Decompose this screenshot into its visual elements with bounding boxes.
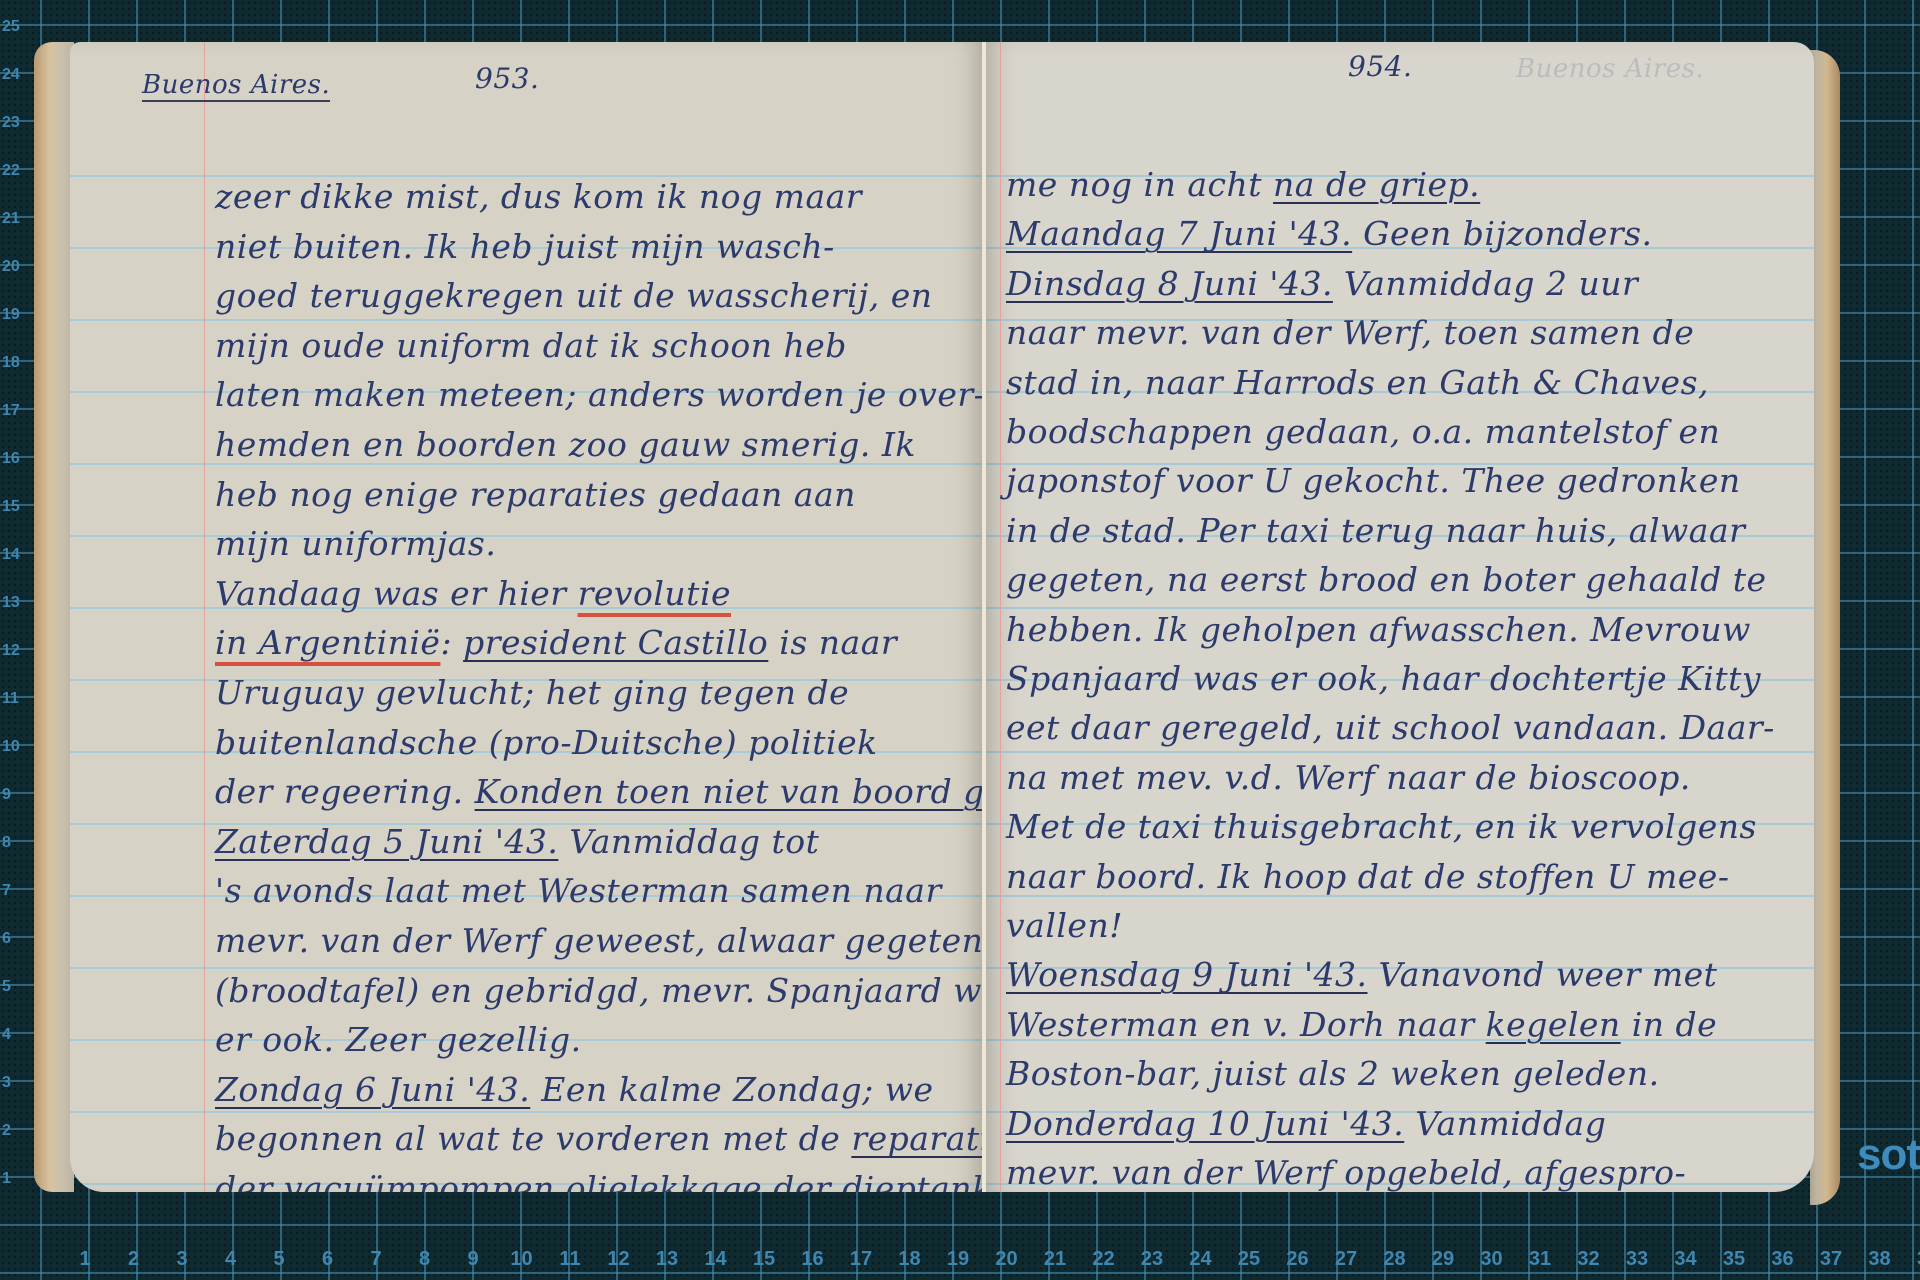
line-text: boodschappen gedaan, o.a. mantelstof en xyxy=(1006,412,1720,451)
ruler-tick-label: 12 xyxy=(2,642,20,660)
text-line: naar mevr. van der Werf, toen samen de xyxy=(1006,313,1694,352)
ruler-tick-label: 27 xyxy=(1335,1248,1357,1271)
text-line: in Argentinië: president Castillo is naa… xyxy=(215,623,897,662)
text-line: Donderdag 10 Juni '43. Vanmiddag xyxy=(1006,1104,1606,1143)
line-text: hemden en boorden zoo gauw smerig. Ik xyxy=(215,425,916,464)
text-line: mijn uniformjas. xyxy=(215,524,496,563)
line-text: naar mevr. van der Werf, toen samen de xyxy=(1006,313,1694,352)
ruler-tick-label: 23 xyxy=(1141,1248,1163,1271)
text-line: goed teruggekregen uit de wasscherij, en xyxy=(215,276,933,315)
ruler-tick-label: 35 xyxy=(1723,1248,1745,1271)
line-text: Vanavond weer met xyxy=(1368,955,1718,994)
open-notebook: Buenos Aires. 953. zeer dikke mist, dus … xyxy=(34,20,1840,1220)
text-line: laten maken meteen; anders worden je ove… xyxy=(215,375,982,414)
ruler-tick-label: 1 xyxy=(2,1170,11,1188)
line-text: (broodtafel) en gebridgd, mevr. Spanjaar… xyxy=(215,971,982,1010)
line-text: mijn uniformjas. xyxy=(215,524,496,563)
text-line: heb nog enige reparaties gedaan aan xyxy=(215,475,856,514)
ruler-tick-label: 11 xyxy=(2,690,19,708)
text-line: Spanjaard was er ook, haar dochtertje Ki… xyxy=(1006,659,1761,698)
ruler-tick-label: 15 xyxy=(753,1248,775,1271)
text-line: Maandag 7 Juni '43. Geen bijzonders. xyxy=(1006,214,1653,253)
text-line: in de stad. Per taxi terug naar huis, al… xyxy=(1006,511,1745,550)
line-text: me nog in acht xyxy=(1006,165,1273,204)
text-line: mijn oude uniform dat ik schoon heb xyxy=(215,326,847,365)
ruler-tick-label: 38 xyxy=(1868,1248,1890,1271)
ruler-tick-label: 25 xyxy=(2,18,20,36)
ruler-tick-label: 29 xyxy=(1432,1248,1454,1271)
line-text: niet buiten. Ik heb juist mijn wasch- xyxy=(215,227,835,266)
underlined-text: kegelen xyxy=(1486,1005,1621,1044)
ruler-tick-label: 14 xyxy=(704,1248,726,1271)
underlined-text: Dinsdag 8 Juni '43. xyxy=(1006,264,1333,303)
line-text: vallen! xyxy=(1006,906,1123,945)
ruler-tick-label: 26 xyxy=(1286,1248,1308,1271)
ruler-tick-label: 20 xyxy=(2,258,20,276)
ruler-tick-label: 31 xyxy=(1529,1248,1551,1271)
ruler-tick-label: 23 xyxy=(2,114,20,132)
text-line: stad in, naar Harrods en Gath & Chaves, xyxy=(1006,363,1709,402)
line-text: stad in, naar Harrods en Gath & Chaves, xyxy=(1006,363,1709,402)
line-text: Met de taxi thuisgebracht, en ik vervolg… xyxy=(1006,807,1757,846)
line-text: mevr. van der Werf geweest, alwaar geget… xyxy=(215,921,982,960)
line-text: japonstof voor U gekocht. Thee gedronken xyxy=(1006,461,1741,500)
line-text: : xyxy=(440,623,463,662)
line-text: Uruguay gevlucht; het ging tegen de xyxy=(215,673,849,712)
ruler-tick-label: 22 xyxy=(1092,1248,1114,1271)
ruler-tick-label: 9 xyxy=(467,1248,478,1271)
line-text: goed teruggekregen uit de wasscherij, en xyxy=(215,276,933,315)
text-line: der regeering. Konden toen niet van boor… xyxy=(215,772,982,811)
line-text: Geen bijzonders. xyxy=(1352,214,1652,253)
ruler-tick-label: 9 xyxy=(2,786,11,804)
text-line: Zaterdag 5 Juni '43. Vanmiddag tot xyxy=(215,822,819,861)
underlined-text: Zondag 6 Juni '43. xyxy=(215,1070,530,1109)
text-line: Woensdag 9 Juni '43. Vanavond weer met xyxy=(1006,955,1717,994)
ruler-tick-label: 15 xyxy=(2,498,20,516)
ruler-tick-label: 4 xyxy=(2,1026,11,1044)
line-text: Een kalme Zondag; we xyxy=(530,1070,933,1109)
ruler-tick-label: 10 xyxy=(510,1248,532,1271)
left-page: Buenos Aires. 953. zeer dikke mist, dus … xyxy=(70,42,982,1192)
line-text: gegeten, na eerst brood en boter gehaald… xyxy=(1006,560,1767,599)
ruler-tick-label: 37 xyxy=(1820,1248,1842,1271)
underlined-text: Zaterdag 5 Juni '43. xyxy=(215,822,558,861)
ruler-tick-label: 21 xyxy=(2,210,20,228)
line-text: in de stad. Per taxi terug naar huis, al… xyxy=(1006,511,1745,550)
ruler-tick-label: 8 xyxy=(2,834,11,852)
underlined-text: president Castillo xyxy=(463,623,768,662)
underlined-text: en olielekkage der dieptanks xyxy=(513,1169,982,1192)
left-page-stack-edge xyxy=(34,42,74,1192)
ruler-tick-label: 32 xyxy=(1577,1248,1599,1271)
underlined-text: reparatie xyxy=(851,1119,982,1158)
line-text: Vanmiddag xyxy=(1404,1104,1606,1143)
line-text: Spanjaard was er ook, haar dochtertje Ki… xyxy=(1006,659,1761,698)
ruler-tick-label: 2 xyxy=(2,1122,11,1140)
text-line: 's avonds laat met Westerman samen naar xyxy=(215,871,942,910)
right-page-stack-edge xyxy=(1810,50,1840,1205)
bleed-through-heading: Buenos Aires. xyxy=(1516,54,1704,84)
ruler-tick-label: 7 xyxy=(2,882,11,900)
text-line: mevr. van der Werf opgebeld, afgespro- xyxy=(1006,1153,1686,1192)
ruler-tick-label: 18 xyxy=(2,354,20,372)
ruler-tick-label: 13 xyxy=(656,1248,678,1271)
ruler-tick-label: 25 xyxy=(1238,1248,1260,1271)
text-line: (broodtafel) en gebridgd, mevr. Spanjaar… xyxy=(215,971,982,1010)
page-number: 953. xyxy=(475,62,539,95)
text-line: der vacuümpompen olielekkage der dieptan… xyxy=(215,1169,982,1192)
red-underlined-text: in Argentinië xyxy=(215,623,440,662)
ruler-tick-label: 1 xyxy=(79,1248,90,1271)
line-text: Boston-bar, juist als 2 weken geleden. xyxy=(1006,1054,1660,1093)
cutting-mat-brand-mark: sot xyxy=(1857,1130,1920,1180)
line-text: Vandaag was er hier xyxy=(215,574,578,613)
line-text: Westerman en v. Dorh naar xyxy=(1006,1005,1486,1044)
text-line: Vandaag was er hier revolutie xyxy=(215,574,731,613)
ruler-tick-label: 30 xyxy=(1480,1248,1502,1271)
ruler-tick-label: 14 xyxy=(2,546,20,564)
text-line: me nog in acht na de griep. xyxy=(1006,165,1480,204)
ruler-tick-label: 5 xyxy=(273,1248,284,1271)
ruler-tick-label: 12 xyxy=(607,1248,629,1271)
ruler-tick-label: 3 xyxy=(2,1074,11,1092)
line-text: begonnen al wat te vorderen met de xyxy=(215,1119,851,1158)
text-line: zeer dikke mist, dus kom ik nog maar xyxy=(215,177,862,216)
text-line: hemden en boorden zoo gauw smerig. Ik xyxy=(215,425,916,464)
text-line: vallen! xyxy=(1006,906,1123,945)
line-text: eet daar geregeld, uit school vandaan. D… xyxy=(1006,708,1775,747)
ruler-tick-label: 7 xyxy=(370,1248,381,1271)
line-text: hebben. Ik geholpen afwasschen. Mevrouw xyxy=(1006,610,1751,649)
underlined-text: na de griep. xyxy=(1273,165,1480,204)
ruler-tick-label: 21 xyxy=(1044,1248,1066,1271)
ruler-tick-label: 24 xyxy=(1189,1248,1211,1271)
text-line: na met mev. v.d. Werf naar de bioscoop. xyxy=(1006,758,1691,797)
text-line: er ook. Zeer gezellig. xyxy=(215,1020,582,1059)
text-line: buitenlandsche (pro-Duitsche) politiek xyxy=(215,723,878,762)
text-line: Dinsdag 8 Juni '43. Vanmiddag 2 uur xyxy=(1006,264,1638,303)
place-heading: Buenos Aires. xyxy=(142,70,330,102)
ruler-tick-label: 19 xyxy=(947,1248,969,1271)
ruler-tick-label: 34 xyxy=(1674,1248,1696,1271)
line-text: heb nog enige reparaties gedaan aan xyxy=(215,475,856,514)
ruler-tick-label: 33 xyxy=(1626,1248,1648,1271)
line-text: mevr. van der Werf opgebeld, afgespro- xyxy=(1006,1153,1686,1192)
underlined-text: Woensdag 9 Juni '43. xyxy=(1006,955,1368,994)
ruler-tick-label: 36 xyxy=(1771,1248,1793,1271)
text-line: niet buiten. Ik heb juist mijn wasch- xyxy=(215,227,835,266)
margin-line xyxy=(204,42,205,1192)
text-line: eet daar geregeld, uit school vandaan. D… xyxy=(1006,708,1775,747)
ruler-tick-label: 2 xyxy=(128,1248,139,1271)
ruler-tick-label: 20 xyxy=(995,1248,1017,1271)
underlined-text: Donderdag 10 Juni '43. xyxy=(1006,1104,1404,1143)
underlined-text: Konden toen niet van boord gaan. xyxy=(475,772,982,811)
ruler-tick-label: 13 xyxy=(2,594,20,612)
text-line: begonnen al wat te vorderen met de repar… xyxy=(215,1119,982,1158)
text-line: gegeten, na eerst brood en boter gehaald… xyxy=(1006,560,1767,599)
line-text: in de xyxy=(1621,1005,1717,1044)
ruler-tick-label: 22 xyxy=(2,162,20,180)
line-text: Vanmiddag tot xyxy=(558,822,819,861)
cutting-mat-bottom-ruler: 1234567891011121314151617181920212223242… xyxy=(0,1240,1920,1280)
ruler-tick-label: 10 xyxy=(2,738,20,756)
ruler-tick-label: 5 xyxy=(2,978,11,996)
underlined-text: der vacuümpomp xyxy=(215,1169,513,1192)
ruler-tick-label: 11 xyxy=(559,1248,580,1271)
line-text: laten maken meteen; anders worden je ove… xyxy=(215,375,982,414)
text-line: Uruguay gevlucht; het ging tegen de xyxy=(215,673,849,712)
ruler-tick-label: 8 xyxy=(419,1248,430,1271)
ruler-tick-label: 28 xyxy=(1383,1248,1405,1271)
ruler-tick-label: 6 xyxy=(2,930,11,948)
ruler-tick-label: 3 xyxy=(176,1248,187,1271)
ruler-tick-label: 6 xyxy=(322,1248,333,1271)
ruler-tick-label: 17 xyxy=(850,1248,872,1271)
text-line: naar boord. Ik hoop dat de stoffen U mee… xyxy=(1006,857,1730,896)
line-text: buitenlandsche (pro-Duitsche) politiek xyxy=(215,723,878,762)
page-number: 954. xyxy=(1348,50,1412,83)
ruler-tick-label: 18 xyxy=(898,1248,920,1271)
text-line: Westerman en v. Dorh naar kegelen in de xyxy=(1006,1005,1717,1044)
right-page: Buenos Aires. 954. me nog in acht na de … xyxy=(986,42,1814,1192)
line-text: der regeering. xyxy=(215,772,475,811)
text-line: japonstof voor U gekocht. Thee gedronken xyxy=(1006,461,1741,500)
line-text: naar boord. Ik hoop dat de stoffen U mee… xyxy=(1006,857,1730,896)
ruler-tick-label: 24 xyxy=(2,66,20,84)
ruler-tick-label: 16 xyxy=(801,1248,823,1271)
ruler-tick-label: 19 xyxy=(2,306,20,324)
cutting-mat-left-ruler: 2524232221201918171615141312111098765432… xyxy=(0,0,30,1280)
ruler-tick-label: 16 xyxy=(2,450,20,468)
text-line: Met de taxi thuisgebracht, en ik vervolg… xyxy=(1006,807,1757,846)
ruler-tick-label: 4 xyxy=(225,1248,236,1271)
line-text: zeer dikke mist, dus kom ik nog maar xyxy=(215,177,862,216)
text-line: mevr. van der Werf geweest, alwaar geget… xyxy=(215,921,982,960)
text-line: boodschappen gedaan, o.a. mantelstof en xyxy=(1006,412,1720,451)
red-underlined-text: revolutie xyxy=(578,574,731,613)
line-text: Vanmiddag 2 uur xyxy=(1333,264,1638,303)
underlined-text: Maandag 7 Juni '43. xyxy=(1006,214,1352,253)
line-text: er ook. Zeer gezellig. xyxy=(215,1020,582,1059)
text-line: Boston-bar, juist als 2 weken geleden. xyxy=(1006,1054,1660,1093)
text-line: hebben. Ik geholpen afwasschen. Mevrouw xyxy=(1006,610,1751,649)
line-text: na met mev. v.d. Werf naar de bioscoop. xyxy=(1006,758,1691,797)
line-text: mijn oude uniform dat ik schoon heb xyxy=(215,326,847,365)
ruler-tick-label: 17 xyxy=(2,402,20,420)
margin-line xyxy=(1000,42,1001,1192)
text-line: Zondag 6 Juni '43. Een kalme Zondag; we xyxy=(215,1070,934,1109)
line-text: is naar xyxy=(768,623,897,662)
line-text: 's avonds laat met Westerman samen naar xyxy=(215,871,942,910)
